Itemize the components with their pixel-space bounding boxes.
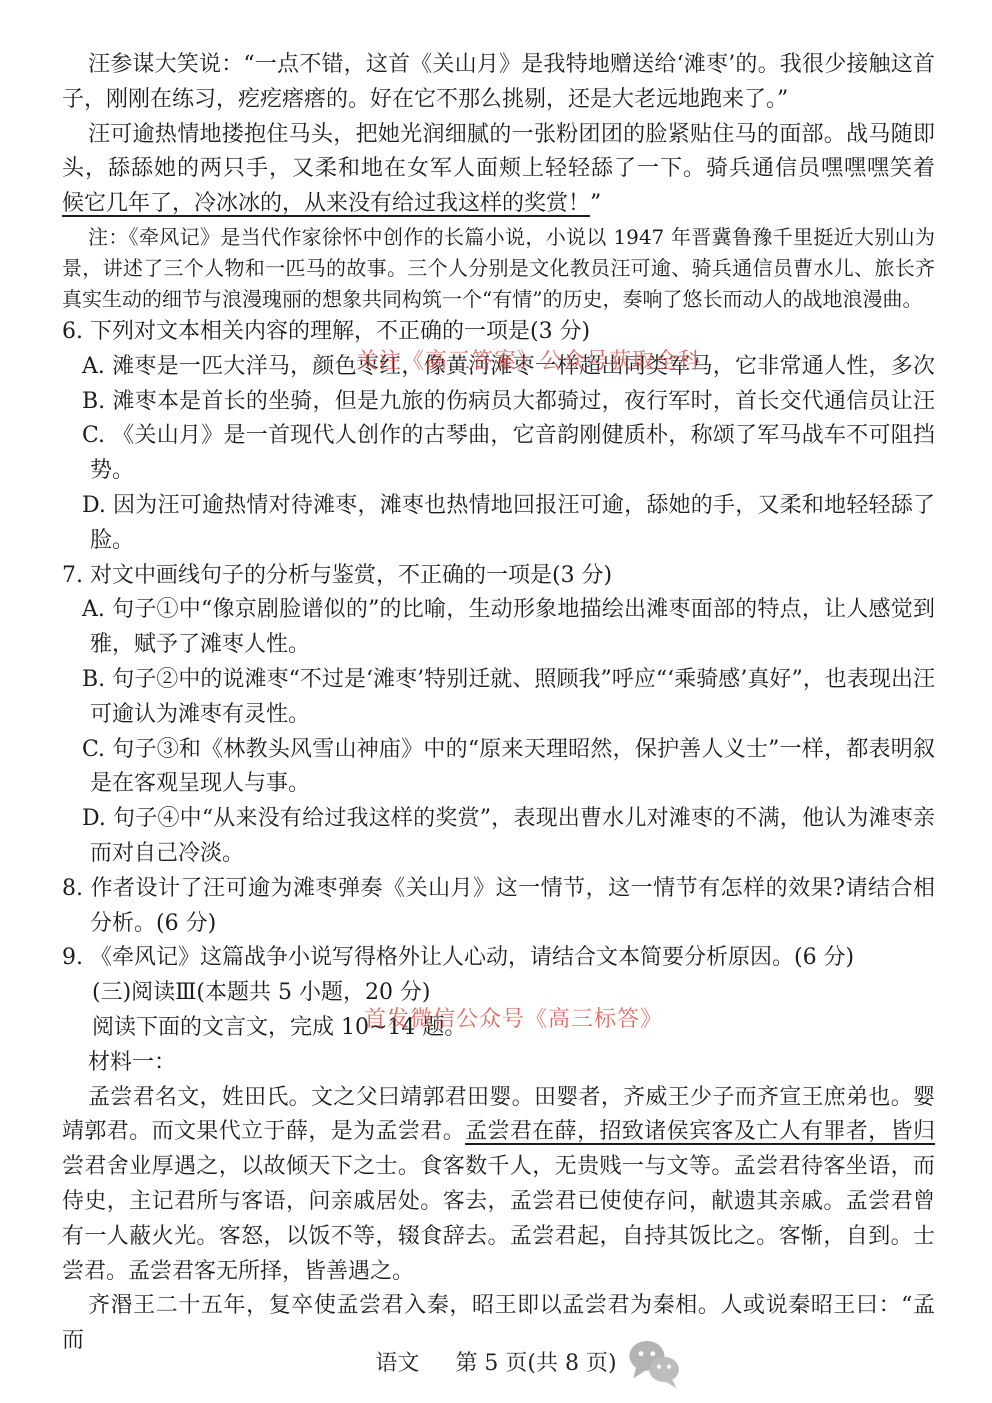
text-line: 7. 对文中画线句子的分析与鉴赏，不正确的一项是(3 分): [62, 559, 935, 594]
text-line: 注：《牵风记》是当代作家徐怀中创作的长篇小说，小说以 1947 年晋冀鲁豫千里挺…: [62, 222, 935, 253]
text-line: 可逾认为滩枣有灵性。: [62, 698, 935, 733]
text-line: D. 句子④中“从来没有给过我这样的奖赏”，表现出曹水儿对滩枣的不满，他认为滩枣…: [62, 802, 935, 837]
text-line: 靖郭君。而文果代立于薛，是为孟尝君。孟尝君在薛，招致诸侯宾客及亡人有罪者，皆归孟…: [62, 1115, 935, 1150]
text-line: 而对自己冷淡。: [62, 837, 935, 872]
text-line: 侍史，主记君所与客语，问亲戚居处。客去，孟尝君已使使存问，献遗其亲戚。孟尝君曾待…: [62, 1185, 935, 1220]
text-line: 尝君。孟尝君客无所择，皆善遇之。: [62, 1255, 935, 1290]
footer-page-number: 第 5 页(共 8 页): [455, 1351, 616, 1376]
text-line: 8. 作者设计了汪可逾为滩枣弹奏《关山月》这一情节，这一情节有怎样的效果?请结合…: [62, 872, 935, 907]
text-line: 势。: [62, 454, 935, 489]
text-line: 孟尝君名文，姓田氏。文之父曰靖郭君田婴。田婴者，齐威王少子而齐宣王庶弟也。婴卒，…: [62, 1081, 935, 1116]
text-line: 分析。(6 分): [62, 907, 935, 942]
text-line: 头，舔舔她的两只手，又柔和地在女军人面颊上轻轻舔了一下。骑兵通信员嘿嘿嘿笑着说：…: [62, 152, 935, 187]
exam-page: 汪参谋大笑说：“一点不错，这首《关山月》是我特地赠送给‘滩枣’的。我很少接触这首…: [0, 0, 992, 1403]
red-watermark-bottom: 首发微信公众号《高三标答》: [364, 1002, 663, 1033]
text-line: B. 滩枣本是首长的坐骑，但是九旅的伤病员大都骑过，夜行军时，首长交代通信员让汪…: [62, 385, 935, 420]
text-line: 齐湣王二十五年，复卒使孟尝君入秦，昭王即以孟尝君为秦相。人或说秦昭王曰：“孟尝君…: [62, 1289, 935, 1324]
text-line: 雅，赋予了滩枣人性。: [62, 628, 935, 663]
text-line: 子，刚刚在练习，疙疙瘩瘩的。好在它不那么挑剔，还是大老远地跑来了。”: [62, 83, 935, 118]
text-body: 汪参谋大笑说：“一点不错，这首《关山月》是我特地赠送给‘滩枣’的。我很少接触这首…: [62, 48, 935, 1359]
text-line: 尝君舍业厚遇之，以故倾天下之士。食客数千人，无贵贱一与文等。孟尝君待客坐语，而屏…: [62, 1150, 935, 1185]
text-line: 汪可逾热情地搂抱住马头，把她光润细腻的一张粉团团的脸紧贴住马的面部。战马随即伸出…: [62, 118, 935, 153]
text-line: 有一人蔽火光。客怒，以饭不等，辍食辞去。孟尝君起，自持其饭比之。客惭，自到。士以…: [62, 1220, 935, 1255]
text-line: 9. 《牵风记》这篇战争小说写得格外让人心动，请结合文本简要分析原因。(6 分): [62, 941, 935, 976]
footer-subject: 语文: [375, 1351, 419, 1376]
text-line: C. 句子③和《林教头风雪山神庙》中的“原来天理昭然，保护善人义士”一样，都表明…: [62, 733, 935, 768]
text-line: 材料一：: [62, 1046, 935, 1081]
text-line: 脸。: [62, 524, 935, 559]
wechat-icon: [628, 1338, 682, 1390]
text-line: 是在客观呈现人与事。: [62, 767, 935, 802]
text-line: 候它几年了，冷冰冰的，从来没有给过我这样的奖赏！”: [62, 187, 935, 222]
text-line: B. 句子②中的说滩枣“不过是‘滩枣’特别迁就、照顾我”呼应“‘乘骑感’真好”，…: [62, 663, 935, 698]
text-line: C. 《关山月》是一首现代人创作的古琴曲，它音韵刚健质朴，称颂了军马战车不可阻挡…: [62, 419, 935, 454]
text-line: 汪参谋大笑说：“一点不错，这首《关山月》是我特地赠送给‘滩枣’的。我很少接触这首…: [62, 48, 935, 83]
text-line: A. 句子①中“像京剧脸谱似的”的比喻，生动形象地描绘出滩枣面部的特点，让人感觉…: [62, 593, 935, 628]
text-line: 景，讲述了三个人物和一匹马的故事。三个人分别是文化教员汪可逾、骑兵通信员曹水儿、…: [62, 253, 935, 284]
page-footer: 语文第 5 页(共 8 页): [0, 1346, 992, 1377]
text-line: D. 因为汪可逾热情对待滩枣，滩枣也热情地回报汪可逾，舔她的手，又柔和地轻轻舔了…: [62, 489, 935, 524]
text-line: 真实生动的细节与浪漫瑰丽的想象共同构筑一个“有情”的历史，奏响了悠长而动人的战地…: [62, 284, 935, 315]
red-watermark-top: 关注《高三答案》公众号获取全科: [356, 344, 701, 375]
